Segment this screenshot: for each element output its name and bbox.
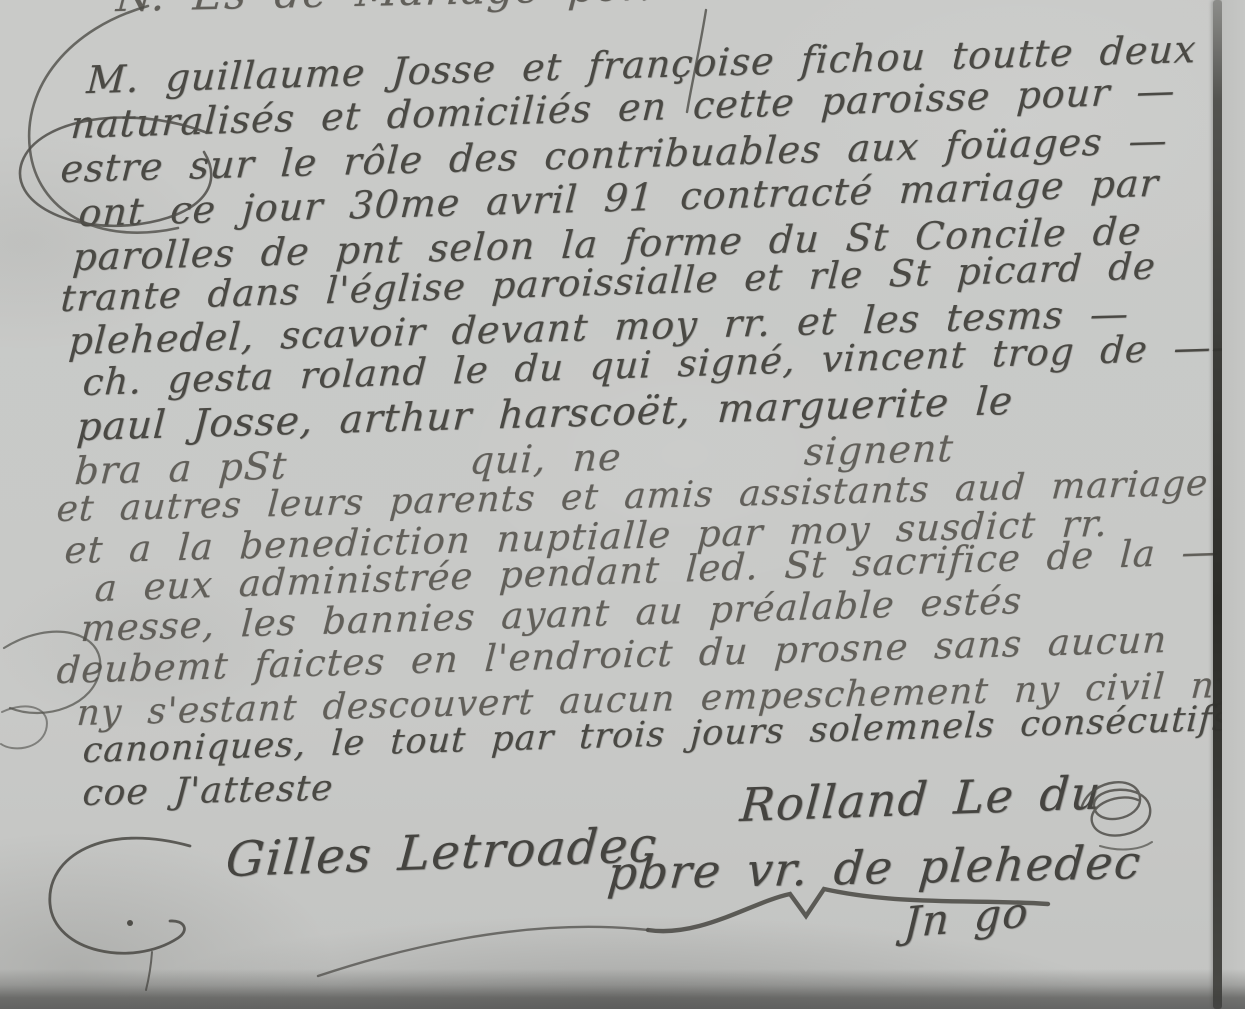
scanned-register-page: { "manuscript": { "top_fragment": "N. Es… <box>0 0 1245 1009</box>
signature-gilles-letroadec: Gilles Letroadec <box>224 817 659 888</box>
gilles-flourish-dot <box>127 920 133 926</box>
bottom-page-shadow <box>0 969 1245 1009</box>
outer-margin-paper <box>1222 0 1245 1009</box>
page-binding-edge <box>1213 0 1222 1009</box>
bottom-right-notation: Jn go <box>902 887 1030 947</box>
margin-flourish-mid-loop-lower <box>1 706 47 748</box>
manuscript-top-fragment: N. Es de Mariage por. ho <box>115 0 737 21</box>
manuscript-attestation: coe J'atteste <box>81 768 335 814</box>
signature-title-priest: pbre vr. de plehedec <box>605 835 1143 900</box>
signature-rolland-le-du: Rolland Le du <box>738 765 1103 832</box>
gilles-capital-flourish <box>50 838 190 953</box>
